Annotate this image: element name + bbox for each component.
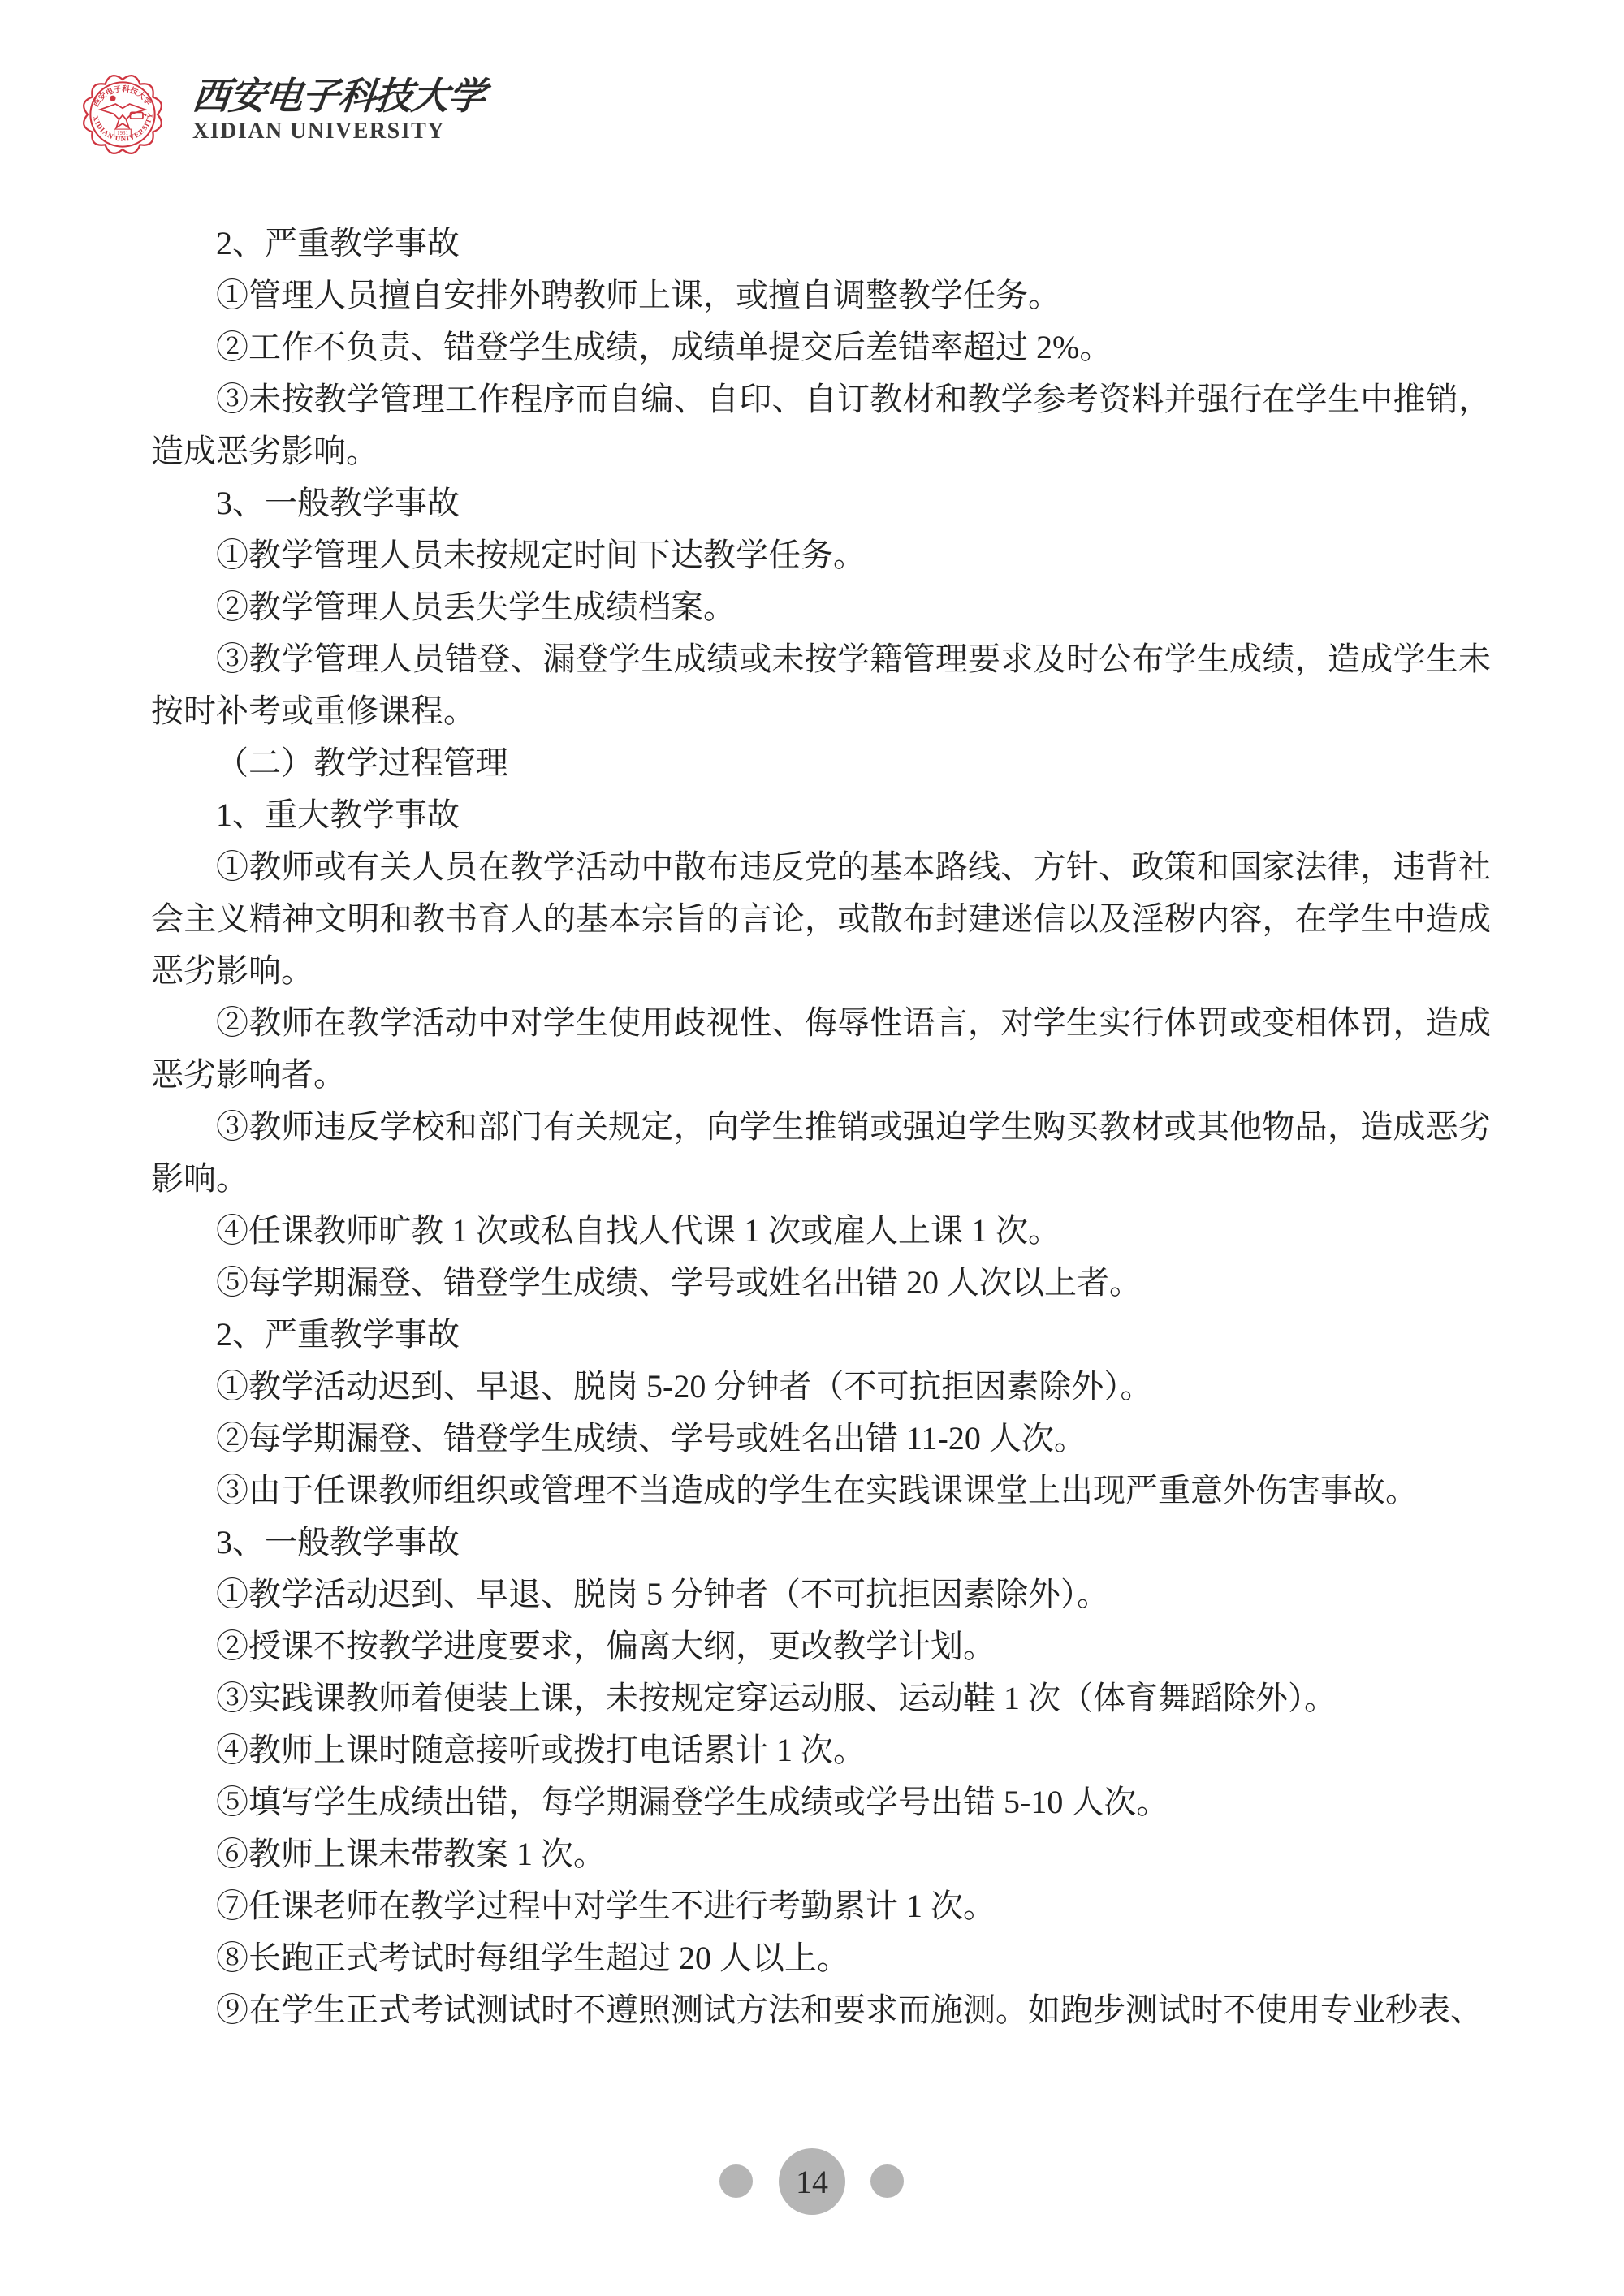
body-paragraph: ⑤每学期漏登、错登学生成绩、学号或姓名出错 20 人次以上者。 — [151, 1257, 1491, 1309]
body-paragraph: ①教学活动迟到、早退、脱岗 5-20 分钟者（不可抗拒因素除外）。 — [151, 1361, 1491, 1413]
body-paragraph: ③教师违反学校和部门有关规定，向学生推销或强迫学生购买教材或其他物品，造成恶劣影… — [151, 1101, 1491, 1205]
page-number: 14 — [796, 2163, 828, 2201]
body-paragraph: ⑥教师上课未带教案 1 次。 — [151, 1828, 1491, 1880]
body-paragraph: ①教师或有关人员在教学活动中散布违反党的基本路线、方针、政策和国家法律，违背社会… — [151, 841, 1491, 997]
seal-top-text: 西安电子科技大学 — [91, 84, 153, 109]
body-paragraph: 2、严重教学事故 — [151, 1309, 1491, 1361]
page-number-badge: 14 — [779, 2148, 845, 2215]
body-paragraph: ②教师在教学活动中对学生使用歧视性、侮辱性语言，对学生实行体罚或变相体罚，造成恶… — [151, 997, 1491, 1101]
body-paragraph: ③未按教学管理工作程序而自编、自印、自订教材和教学参考资料并强行在学生中推销，造… — [151, 373, 1491, 477]
university-wordmark: 西安电子科技大学 XIDIAN UNIVERSITY — [192, 69, 485, 145]
body-paragraph: ④任课教师旷教 1 次或私自找人代课 1 次或雇人上课 1 次。 — [151, 1205, 1491, 1257]
body-paragraph: 1、重大教学事故 — [151, 789, 1491, 841]
university-name-en: XIDIAN UNIVERSITY — [192, 119, 485, 145]
university-logo-block: 西安电子科技大学 1931 XIDIAN UNIVERSITY 西安电子科技大学… — [77, 69, 485, 160]
body-paragraph: ③实践课教师着便装上课，未按规定穿运动服、运动鞋 1 次（体育舞蹈除外）。 — [151, 1672, 1491, 1724]
body-paragraph: 2、严重教学事故 — [151, 218, 1491, 270]
body-paragraph: ⑦任课老师在教学过程中对学生不进行考勤累计 1 次。 — [151, 1880, 1491, 1932]
body-paragraph: ②每学期漏登、错登学生成绩、学号或姓名出错 11-20 人次。 — [151, 1413, 1491, 1465]
seal-swallow-icon — [100, 104, 146, 127]
body-paragraph: ③教学管理人员错登、漏登学生成绩或未按学籍管理要求及时公布学生成绩，造成学生未按… — [151, 633, 1491, 737]
body-paragraph: ②工作不负责、错登学生成绩，成绩单提交后差错率超过 2%。 — [151, 322, 1491, 373]
body-paragraph: ⑤填写学生成绩出错，每学期漏登学生成绩或学号出错 5-10 人次。 — [151, 1776, 1491, 1828]
footer-left-dot — [719, 2164, 753, 2198]
body-paragraph: ⑧长跑正式考试时每组学生超过 20 人以上。 — [151, 1932, 1491, 1984]
seal-dot — [110, 96, 115, 101]
body-paragraph: ①教学管理人员未按规定时间下达教学任务。 — [151, 529, 1491, 581]
university-seal-icon: 西安电子科技大学 1931 XIDIAN UNIVERSITY — [77, 69, 168, 160]
body-paragraph: 3、一般教学事故 — [151, 477, 1491, 529]
document-page: 西安电子科技大学 1931 XIDIAN UNIVERSITY 西安电子科技大学… — [0, 0, 1624, 2296]
body-paragraph: 3、一般教学事故 — [151, 1517, 1491, 1569]
body-paragraph: ①教学活动迟到、早退、脱岗 5 分钟者（不可抗拒因素除外）。 — [151, 1569, 1491, 1621]
body-paragraph: ①管理人员擅自安排外聘教师上课，或擅自调整教学任务。 — [151, 270, 1491, 322]
body-paragraph: ⑨在学生正式考试测试时不遵照测试方法和要求而施测。如跑步测试时不使用专业秒表、 — [151, 1984, 1491, 2036]
body-paragraph: ②教学管理人员丢失学生成绩档案。 — [151, 581, 1491, 633]
university-name-zh: 西安电子科技大学 — [190, 77, 486, 116]
body-paragraph: ③由于任课教师组织或管理不当造成的学生在实践课课堂上出现严重意外伤害事故。 — [151, 1465, 1491, 1517]
body-paragraph: ④教师上课时随意接听或拨打电话累计 1 次。 — [151, 1724, 1491, 1776]
body-paragraph: ②授课不按教学进度要求，偏离大纲，更改教学计划。 — [151, 1621, 1491, 1672]
body-paragraph: （二）教学过程管理 — [151, 737, 1491, 789]
document-body: 2、严重教学事故①管理人员擅自安排外聘教师上课，或擅自调整教学任务。②工作不负责… — [151, 218, 1491, 2036]
footer-right-dot — [870, 2164, 904, 2198]
